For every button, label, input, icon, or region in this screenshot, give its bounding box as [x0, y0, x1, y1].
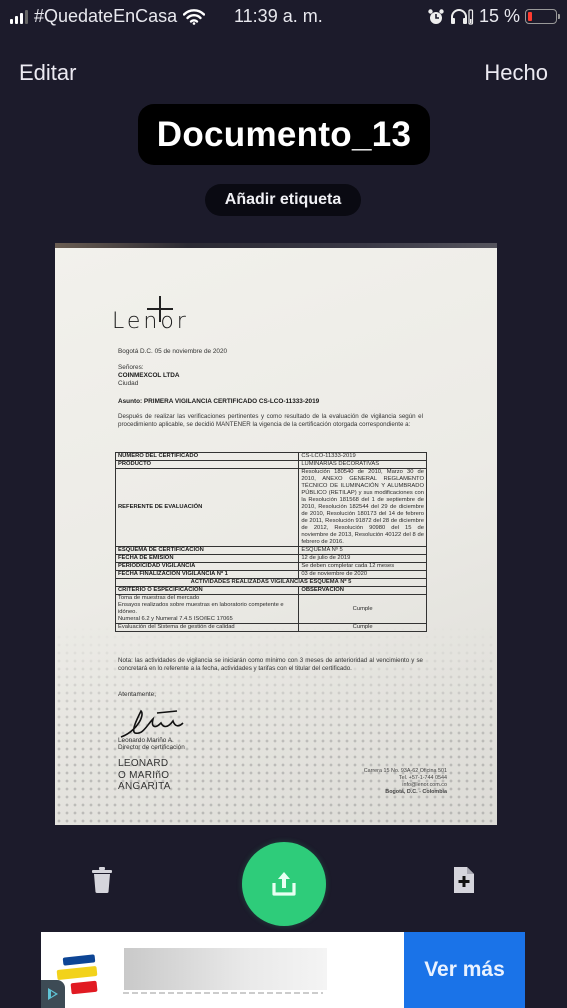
signature-icon [117, 705, 207, 741]
doc-note: Nota: las actividades de vigilancia se i… [118, 657, 423, 673]
table-value: ESQUEMA Nº 5 [299, 547, 427, 555]
table-value: Resolución 180540 de 2010, Marzo 30 de 2… [299, 469, 427, 547]
edit-button[interactable]: Editar [19, 60, 76, 86]
doc-subject: Asunto: PRIMERA VIGILANCIA CERTIFICADO C… [118, 398, 319, 406]
table-row: Toma de muestras del mercadoEnsayos real… [116, 595, 427, 624]
ad-text-placeholder [123, 992, 323, 994]
address-line: Bogotá, D.C. - Colombia [364, 789, 447, 796]
battery-percent: 15 % [479, 6, 520, 27]
table-value: 12 de julio de 2019 [299, 555, 427, 563]
table-row: REFERENTE DE EVALUACIÓNResolución 180540… [116, 469, 427, 547]
table-row: CRITERIO O ESPECIFICACIÓNOBSERVACIÓN [116, 587, 427, 595]
table-row: NÚMERO DEL CERTIFICADOCS-LCO-11333-2019 [116, 453, 427, 461]
trash-icon[interactable] [91, 866, 113, 894]
table-value: 03 de noviembre de 2020 [299, 571, 427, 579]
alarm-icon [427, 8, 445, 26]
share-button[interactable] [242, 842, 326, 926]
headphones-icon [450, 8, 474, 26]
criteria-line: Toma de muestras del mercado [118, 595, 296, 602]
activity-observation: Cumple [299, 624, 427, 632]
table-key: NÚMERO DEL CERTIFICADO [116, 453, 299, 461]
table-row: PERIODICIDAD VIGILANCIASe deben completa… [116, 563, 427, 571]
table-key: ESQUEMA DE CERTIFICACION [116, 547, 299, 555]
table-value: LUMINARIAS DECORATIVAS [299, 461, 427, 469]
address-line: Tel. +57-1-744 0544 [364, 775, 447, 782]
battery-icon [525, 9, 557, 24]
table-row: Evaluación del Sistema de gestión de cal… [116, 624, 427, 632]
column-header: OBSERVACIÓN [299, 587, 427, 595]
document-title[interactable]: Documento_13 [138, 104, 430, 165]
doc-company: COINMEXCOL LTDA [118, 372, 180, 380]
table-key: PERIODICIDAD VIGILANCIA [116, 563, 299, 571]
address-line: Carrera 15 No. 93A-62 Oficina 501 [364, 768, 447, 775]
done-button[interactable]: Hecho [484, 60, 548, 86]
table-key: FECHA DE EMISIÓN [116, 555, 299, 563]
table-value: CS-LCO-11333-2019 [299, 453, 427, 461]
carrier-label: #QuedateEnCasa [34, 6, 177, 27]
status-left: #QuedateEnCasa [10, 6, 205, 27]
certificate-table: NÚMERO DEL CERTIFICADOCS-LCO-11333-2019P… [115, 452, 427, 632]
table-row: FECHA DE EMISIÓN12 de julio de 2019 [116, 555, 427, 563]
adchoices-icon[interactable] [41, 980, 65, 1008]
signer-role: Director de certificación [118, 744, 185, 752]
ad-banner[interactable]: Ver más [41, 932, 525, 1008]
table-row: ACTIVIDADES REALIZADAS VIGILANCIAS ESQUE… [116, 579, 427, 587]
doc-salutation: Señores: [118, 364, 144, 372]
activities-header: ACTIVIDADES REALIZADAS VIGILANCIAS ESQUE… [116, 579, 427, 587]
table-value: Se deben completar cada 12 meses [299, 563, 427, 571]
doc-closing: Atentamente, [118, 691, 156, 699]
wifi-icon [183, 9, 205, 25]
table-row: ESQUEMA DE CERTIFICACIONESQUEMA Nº 5 [116, 547, 427, 555]
signal-icon [10, 10, 28, 24]
share-icon [269, 869, 299, 899]
column-header: CRITERIO O ESPECIFICACIÓN [116, 587, 299, 595]
sig-line: O MARIñO [118, 770, 171, 782]
address-line: info@lenor.com.co [364, 782, 447, 789]
table-key: REFERENTE DE EVALUACIÓN [116, 469, 299, 547]
company-address: Carrera 15 No. 93A-62 Oficina 501 Tel. +… [364, 768, 447, 796]
table-key: FECHA FINALIZACIÓN VIGILANCIA Nº 1 [116, 571, 299, 579]
digital-signature-name: LEONARD O MARIñO ANGARITA [118, 758, 171, 793]
doc-date: Bogotá D.C. 05 de noviembre de 2020 [118, 348, 227, 356]
sig-line: LEONARD [118, 758, 171, 770]
clock: 11:39 a. m. [234, 6, 323, 27]
document-preview[interactable]: Lenor Bogotá D.C. 05 de noviembre de 202… [55, 243, 497, 825]
doc-city: Ciudad [118, 380, 138, 388]
activity-observation: Cumple [299, 595, 427, 624]
criteria-line: Evaluación del Sistema de gestión de cal… [118, 624, 296, 631]
add-document-icon[interactable] [453, 866, 475, 894]
status-right: 15 % [427, 6, 557, 27]
ad-cta-button[interactable]: Ver más [404, 932, 525, 1008]
table-key: PRODUCTO [116, 461, 299, 469]
table-row: FECHA FINALIZACIÓN VIGILANCIA Nº 103 de … [116, 571, 427, 579]
ad-image-placeholder [124, 948, 327, 990]
criteria-line: Ensayos realizados sobre muestras en lab… [118, 602, 296, 616]
doc-intro: Después de realizar las verificaciones p… [118, 413, 423, 429]
lenor-logo: Lenor [112, 309, 189, 334]
activity-criteria: Evaluación del Sistema de gestión de cal… [116, 624, 299, 632]
table-row: PRODUCTOLUMINARIAS DECORATIVAS [116, 461, 427, 469]
activity-criteria: Toma de muestras del mercadoEnsayos real… [116, 595, 299, 624]
sig-line: ANGARITA [118, 781, 171, 793]
criteria-line: Numeral 6.2 y Numeral 7.4.5 ISO/IEC 1706… [118, 616, 296, 623]
status-bar: #QuedateEnCasa 11:39 a. m. 15 % [0, 0, 567, 34]
add-tag-button[interactable]: Añadir etiqueta [205, 184, 361, 216]
